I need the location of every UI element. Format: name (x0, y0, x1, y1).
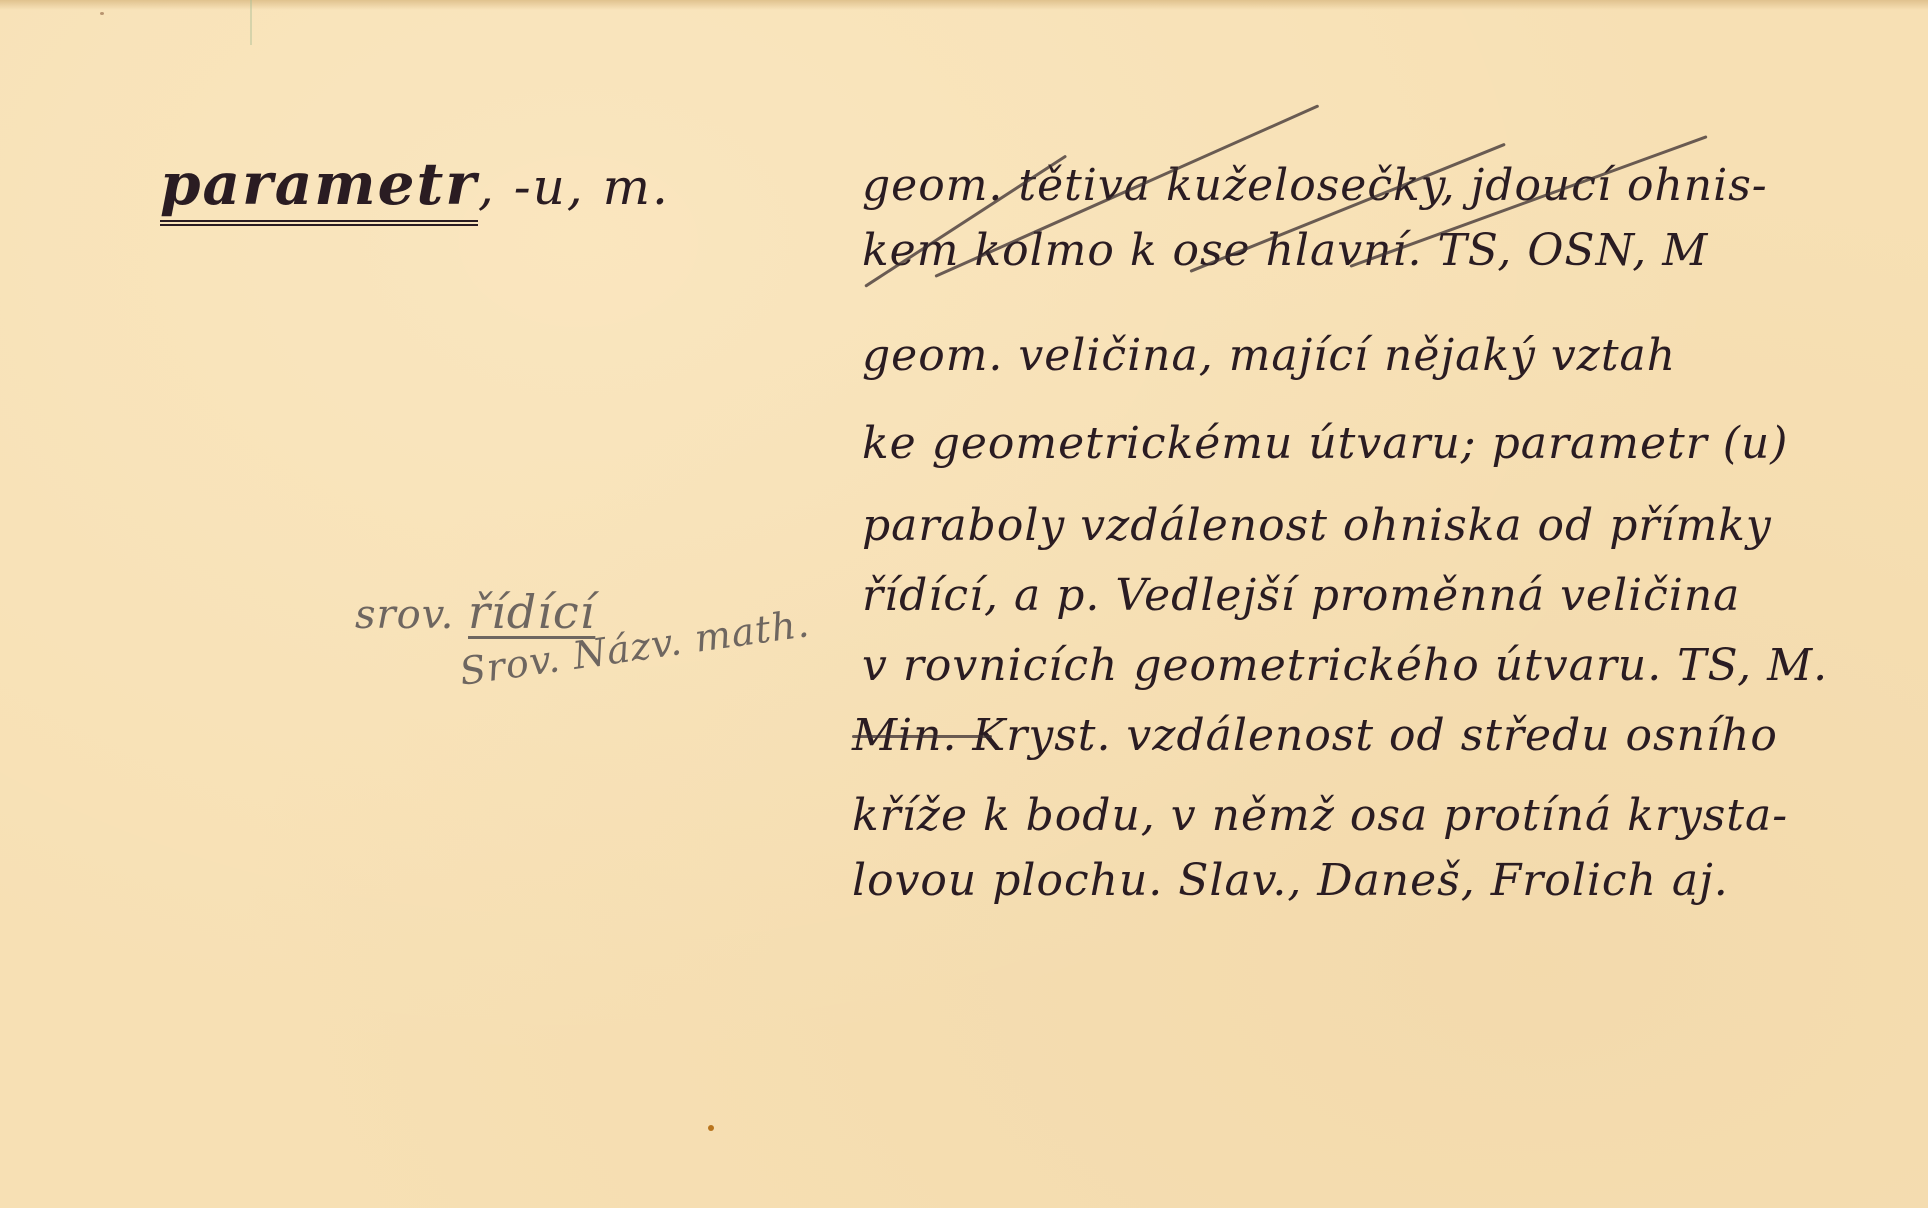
margin-note-1-word: řídící (468, 585, 595, 639)
kryst-line-2: kříže k bodu, v němž osa protíná krysta- (852, 790, 1788, 841)
headword-text: parametr (160, 150, 478, 226)
margin-note-1-prefix: srov. (355, 592, 454, 638)
definition-line-2: ke geometrickému útvaru; parametr (u) (862, 418, 1788, 469)
card-crease (250, 0, 252, 45)
margin-note-1: srov. řídící (355, 585, 595, 639)
crossed-definition-line-1: geom. tětiva kuželosečky, jdoucí ohnis- (862, 160, 1768, 211)
kryst-line-3: lovou plochu. Slav., Daneš, Frolich aj. (852, 855, 1729, 906)
paper-speck (100, 12, 104, 15)
headword-grammar: , -u, m. (478, 158, 670, 216)
paper-speck (708, 1125, 714, 1131)
definition-line-3: paraboly vzdálenost ohniska od přímky (862, 500, 1772, 551)
card-top-edge (0, 0, 1928, 10)
headword: parametr, -u, m. (160, 150, 670, 218)
index-card: parametr, -u, m. geom. tětiva kuželosečk… (0, 0, 1928, 1208)
definition-line-5: v rovnicích geometrického útvaru. TS, M. (862, 640, 1828, 691)
strike-line (852, 735, 992, 738)
definition-line-4: řídící, a p. Vedlejší proměnná veličina (862, 570, 1740, 621)
definition-line-1: geom. veličina, mající nějaký vztah (862, 330, 1676, 381)
